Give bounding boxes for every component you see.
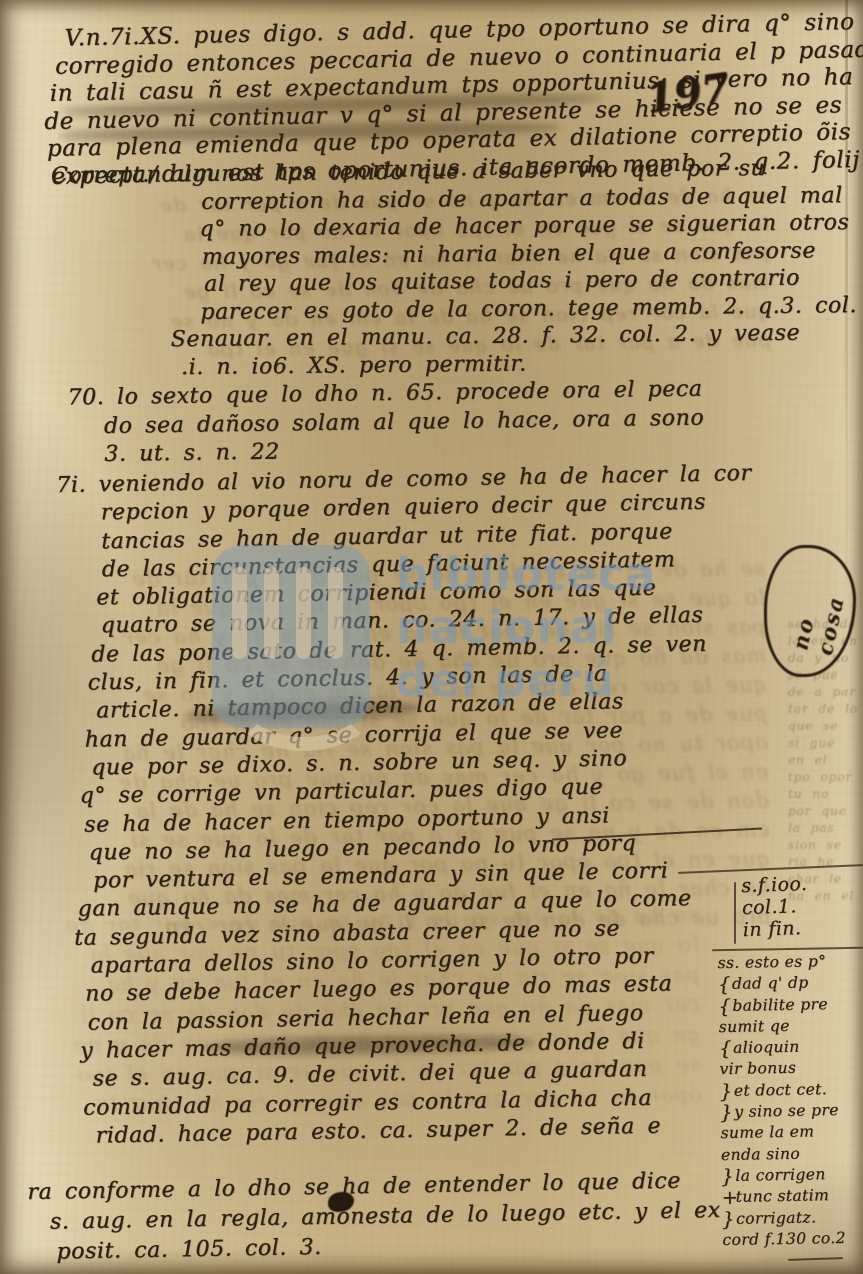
margin-note-2: ss. esto es p°{dad q' dp{babilite presum…: [717, 951, 846, 1251]
text-block-item-70: 70. lo sexto que lo dho n. 65. procede o…: [67, 376, 704, 470]
margin-note-line: sume la em: [720, 1121, 844, 1144]
margin-brace: }: [721, 1166, 735, 1188]
margin-note-line: {babilite pre: [718, 994, 842, 1017]
margin-note-line: s.f.ioo.: [741, 873, 808, 897]
margin-note-line: col.1.: [742, 895, 809, 919]
margin-note-line: }la corrigen: [721, 1164, 845, 1187]
margin-note-line: in fin.: [742, 917, 809, 941]
margin-note-line: +tunc statim: [721, 1185, 845, 1208]
margin-note-line: }corrigatz.: [722, 1206, 846, 1229]
text-block-closing: ra conforme a lo dho se ha de entender l…: [27, 1166, 721, 1268]
margin-note-line: enda sino: [721, 1143, 845, 1166]
margin-note-line: sumit qe: [719, 1015, 843, 1038]
margin-brace: {: [718, 974, 732, 996]
margin-note-line: }y sino se pre: [720, 1100, 844, 1123]
margin-note-1: s.f.ioo.col.1.in fin.: [741, 873, 809, 941]
handwritten-text-layer: V.n.7i.XS. pues digo. s add. que tpo opo…: [0, 0, 863, 1274]
manuscript-page: se ha de la em en da y no se pue de a pa…: [0, 0, 863, 1274]
margin-brace: }: [722, 1208, 736, 1230]
margin-note-line: }et doct cet.: [720, 1079, 844, 1102]
margin-brace: {: [718, 995, 732, 1017]
margin-note-line: cord f.130 co.2: [722, 1228, 846, 1251]
margin-note-line: {dad q' dp: [718, 972, 842, 995]
margin-doodle-text: no cosa: [787, 581, 850, 658]
margin-note-line: {alioquin: [719, 1036, 843, 1059]
margin-brace: }: [720, 1102, 734, 1124]
text-block-paragraph-corrept: Corrept./ algunos han tenido que a saber…: [51, 154, 863, 383]
margin-note-line: ss. esto es p°: [717, 951, 841, 974]
margin-brace: }: [720, 1081, 734, 1103]
margin-note-divider-bar: [734, 882, 736, 944]
margin-note-line: vir bonus: [719, 1057, 843, 1080]
margin-brace: +: [721, 1187, 735, 1209]
text-block-item-71: 7i. veniendo al vio noru de como se ha d…: [56, 460, 763, 1151]
margin-brace: {: [719, 1038, 733, 1060]
